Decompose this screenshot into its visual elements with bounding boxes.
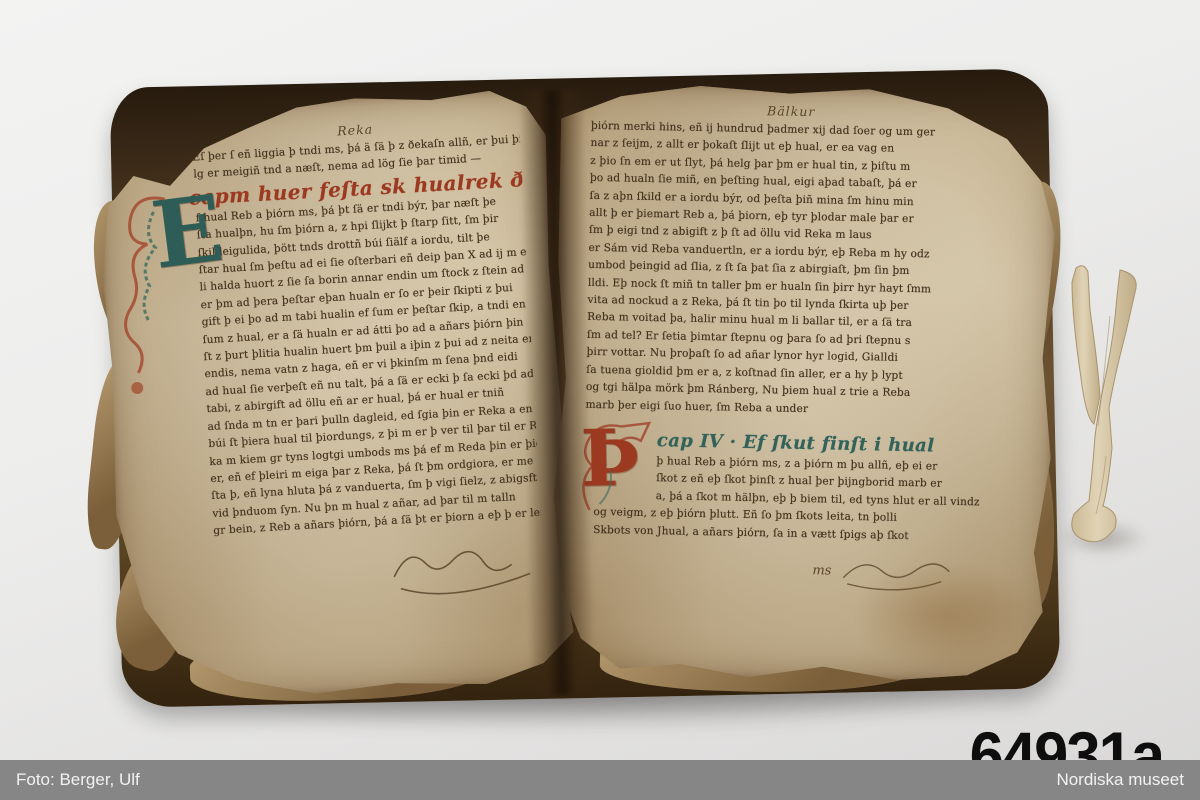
signature-right: ms xyxy=(812,551,983,594)
book-gutter xyxy=(519,89,596,695)
parchment-fragment xyxy=(1048,256,1158,556)
photo-credit: Foto: Berger, Ulf xyxy=(16,770,140,790)
signature-text: ms xyxy=(812,564,831,579)
right-page-body-top: þiórn merki hins, eñ ij hundrud þadmer x… xyxy=(585,118,991,422)
left-page-body: f hual Reb a þiórn ms, þá þt ſä er tndi … xyxy=(195,192,541,541)
chapter-heading-row: Þ cap IV · Ef ſkut finſt i hual þ hual R… xyxy=(582,428,985,595)
marginalia-flourish-icon xyxy=(104,180,207,415)
museum-credit: Nordiska museet xyxy=(1056,770,1184,790)
right-page: Bälkur þiórn merki hins, eñ ij hundrud þ… xyxy=(550,83,1057,682)
signature-flourish-right xyxy=(837,552,958,594)
photo-scene: E Reka Eſ þer ſ eñ liggia þ tndi ms, þá … xyxy=(0,0,1200,800)
caption-bar: Foto: Berger, Ulf Nordiska museet xyxy=(0,760,1200,800)
